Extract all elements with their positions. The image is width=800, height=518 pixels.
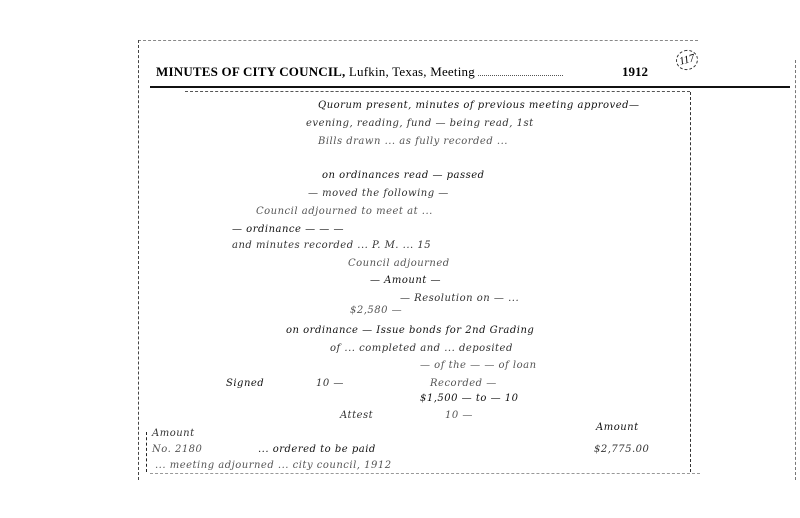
handwritten-line: — Amount — xyxy=(370,275,441,286)
handwritten-line: Attest xyxy=(340,410,373,421)
handwritten-line: — ordinance — — — xyxy=(232,224,344,235)
handwritten-line: of ... completed and ... deposited xyxy=(330,343,513,354)
page-border-top xyxy=(138,40,698,41)
handwritten-line: ... ordered to be paid xyxy=(258,444,376,455)
right-margin-rule xyxy=(690,92,691,472)
meeting-date-blank xyxy=(478,75,563,76)
rule-caption: — — — — — — — — — — xyxy=(330,88,379,93)
handwritten-line: — moved the following — xyxy=(308,188,449,199)
handwritten-line: 10 — xyxy=(316,378,344,389)
handwritten-line: Council adjourned to meet at ... xyxy=(256,206,433,217)
handwritten-line: $2,775.00 xyxy=(594,444,649,455)
handwritten-line: Signed xyxy=(226,378,264,389)
page-border-right xyxy=(795,60,796,480)
handwritten-line: 10 — xyxy=(445,410,473,421)
handwritten-line: on ordinance — Issue bonds for 2nd Gradi… xyxy=(286,325,534,336)
bottom-rule xyxy=(150,473,700,474)
handwritten-line: No. 2180 xyxy=(152,444,202,455)
handwritten-line: $2,580 — xyxy=(350,305,402,316)
year: 1912 xyxy=(622,64,648,80)
page-number-stamp: 117 xyxy=(674,47,700,72)
header-rule-thick xyxy=(150,86,790,88)
title-place: Lufkin, Texas, Meeting xyxy=(345,64,474,79)
left-margin-bracket xyxy=(146,432,151,472)
handwritten-line: Amount xyxy=(152,428,195,439)
handwritten-line: and minutes recorded ... P. M. ... 15 xyxy=(232,240,431,251)
handwritten-line: evening, reading, fund — being read, 1st xyxy=(306,118,534,129)
page-border-left xyxy=(138,40,139,480)
handwritten-line: — of the — — of loan xyxy=(420,360,537,371)
page-title: MINUTES OF CITY COUNCIL, Lufkin, Texas, … xyxy=(156,64,563,80)
handwritten-line: ... meeting adjourned ... city council, … xyxy=(155,460,392,471)
handwritten-line: Quorum present, minutes of previous meet… xyxy=(318,100,640,111)
handwritten-line: Recorded — xyxy=(430,378,497,389)
handwritten-line: — Resolution on — ... xyxy=(400,293,519,304)
handwritten-line: Bills drawn ... as fully recorded ... xyxy=(318,136,508,147)
header-rule-thin xyxy=(185,91,690,92)
handwritten-line: Council adjourned xyxy=(348,258,450,269)
handwritten-line: Amount xyxy=(596,422,639,433)
title-prefix: MINUTES OF CITY COUNCIL, xyxy=(156,64,345,79)
handwritten-line: $1,500 — to — 10 xyxy=(420,393,518,404)
handwritten-line: on ordinances read — passed xyxy=(322,170,485,181)
